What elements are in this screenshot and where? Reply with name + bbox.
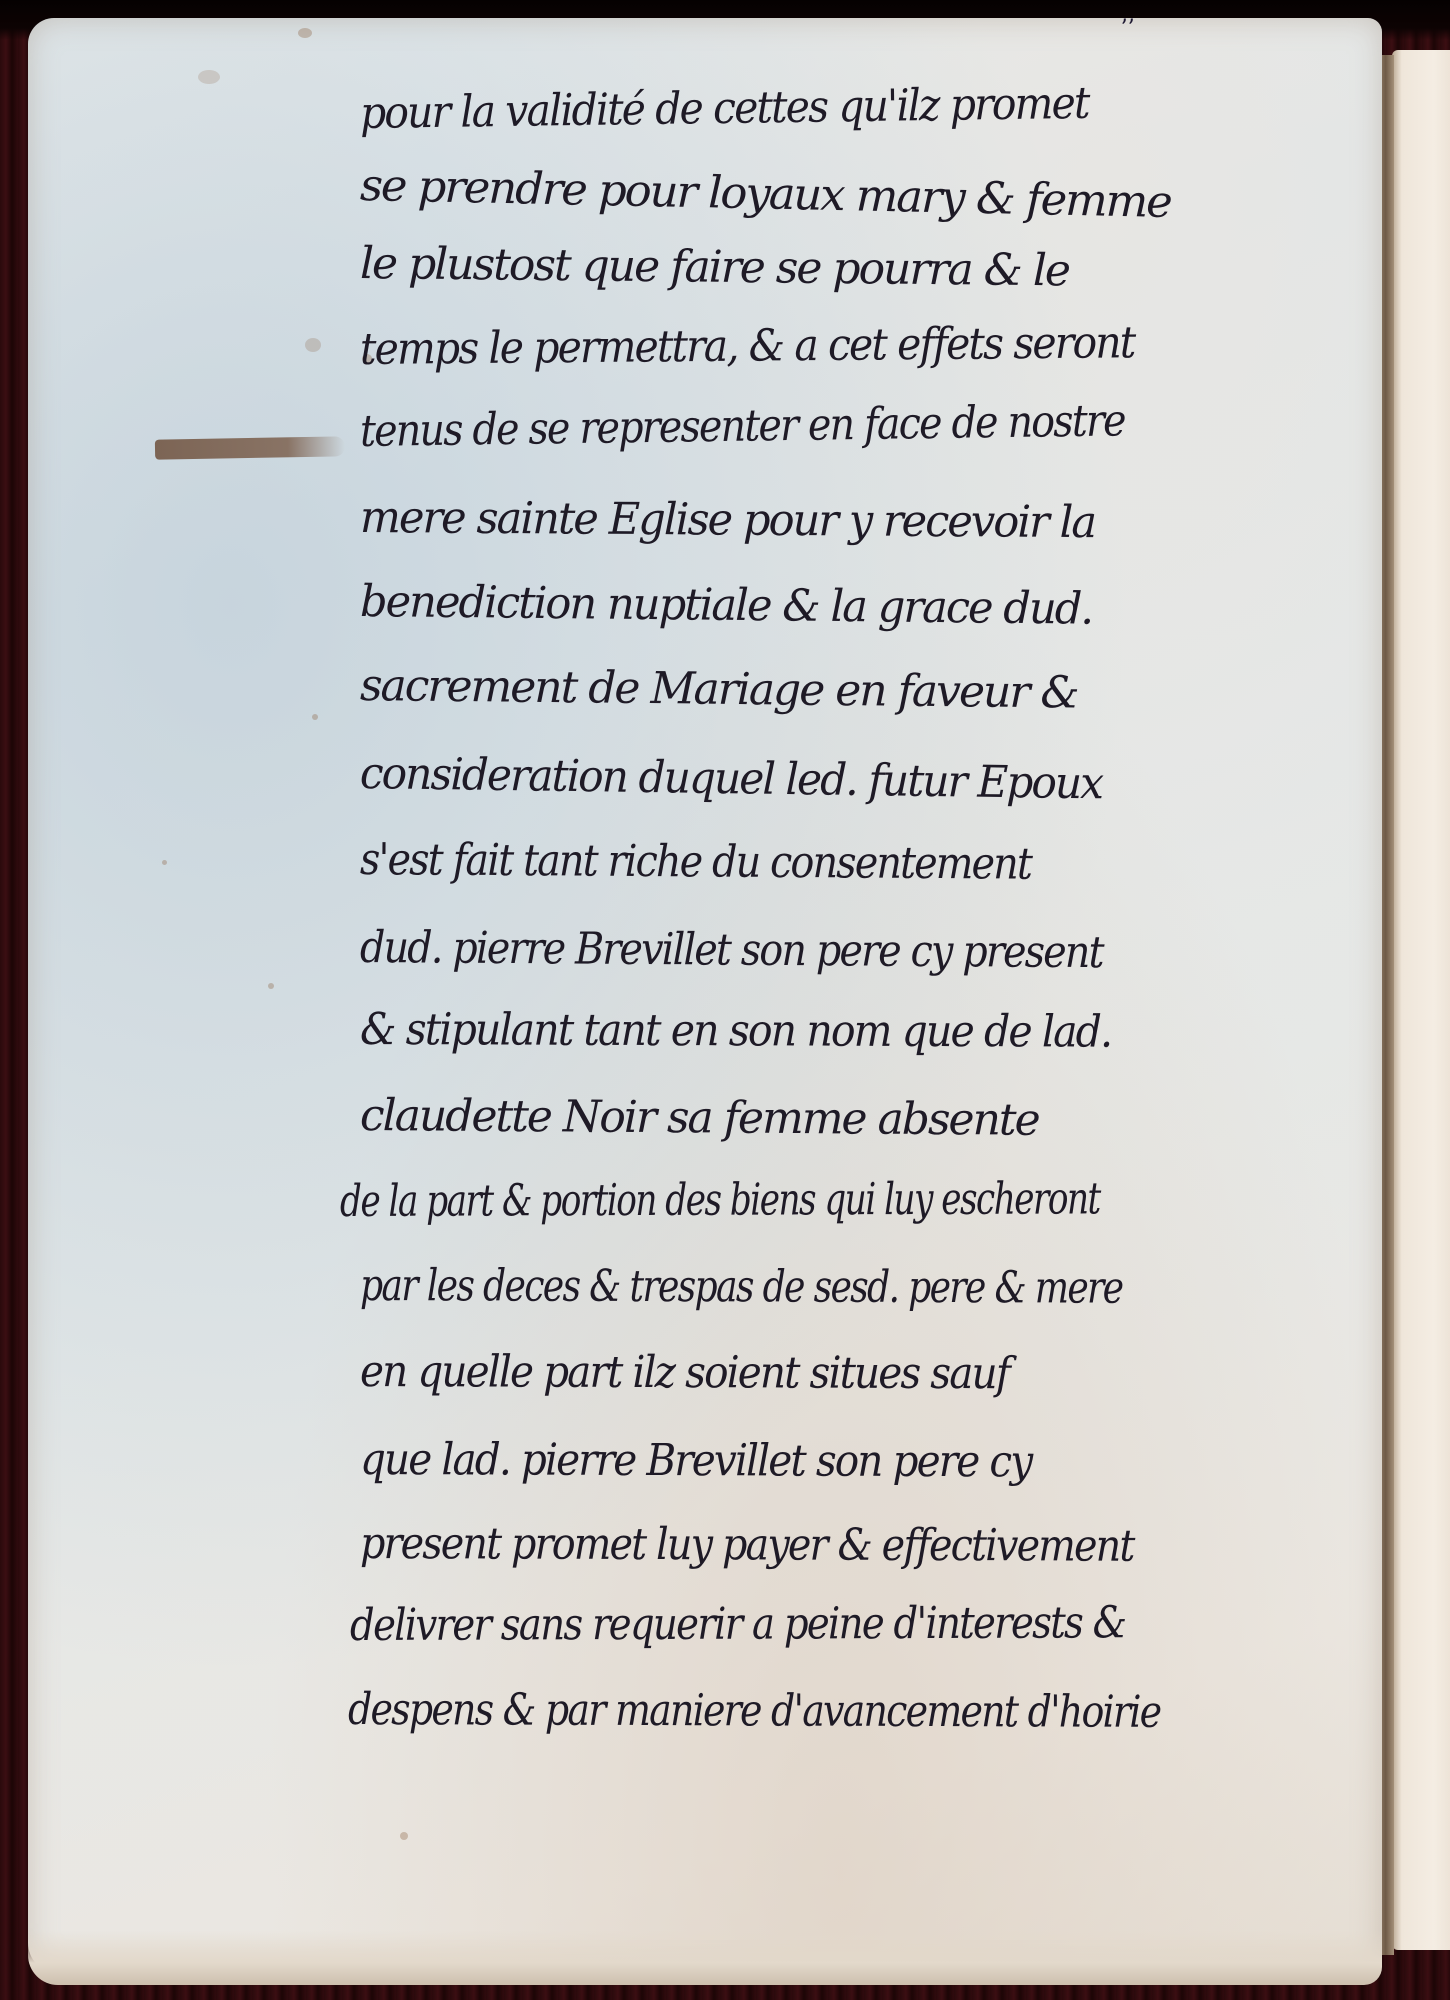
- ink-smear: [155, 436, 345, 459]
- manuscript-line: benediction nuptiale & la grace dud.: [360, 576, 1093, 635]
- manuscript-line: s'est fait tant riche du consentement: [360, 834, 1031, 890]
- page-bottom-edge: [28, 1930, 1382, 1985]
- manuscript-line: de la part & portion des biens qui luy e…: [340, 1173, 1100, 1227]
- manuscript-line: dud. pierre Brevillet son pere cy presen…: [360, 922, 1103, 978]
- manuscript-line: despens & par maniere d'avancement d'hoi…: [348, 1684, 1161, 1738]
- manuscript-line: claudette Noir sa femme absente: [360, 1090, 1039, 1146]
- facing-page-edge: [1392, 50, 1450, 1950]
- foxing-spot: [268, 983, 274, 989]
- foxing-spot: [305, 338, 321, 352]
- manuscript-page: [28, 18, 1382, 1973]
- manuscript-line: que lad. pierre Brevillet son pere cy: [360, 1434, 1031, 1487]
- manuscript-line: mere sainte Eglise pour y recevoir la: [360, 492, 1095, 548]
- manuscript-line: sacrement de Mariage en faveur &: [360, 660, 1078, 719]
- manuscript-line: temps le permettra, & a cet effets seron…: [360, 317, 1135, 375]
- manuscript-line: delivrer sans requerir a peine d'interes…: [350, 1597, 1126, 1651]
- page-gutter: [1380, 55, 1394, 1955]
- manuscript-line: & stipulant tant en son nom que de lad.: [360, 1004, 1111, 1058]
- manuscript-line: tenus de se representer en face de nostr…: [360, 395, 1125, 457]
- foxing-spot: [400, 1832, 408, 1840]
- foxing-spot: [198, 70, 220, 84]
- manuscript-line: en quelle part ilz soient situes sauf: [360, 1346, 1009, 1399]
- manuscript-line: present promet luy payer & effectivement: [360, 1518, 1134, 1572]
- manuscript-line: le plustost que faire se pourra & le: [360, 238, 1069, 296]
- manuscript-line: par les deces & trespas de sesd. pere & …: [360, 1260, 1123, 1314]
- foxing-spot: [312, 714, 318, 720]
- corner-ink-mark: ʼʼ: [1120, 22, 1150, 36]
- foxing-spot: [162, 860, 167, 865]
- manuscript-line: pour la validité de cettes qu'ilz promet: [360, 78, 1089, 139]
- foxing-spot: [298, 28, 312, 38]
- manuscript-line: consideration duquel led. futur Epoux: [360, 748, 1103, 809]
